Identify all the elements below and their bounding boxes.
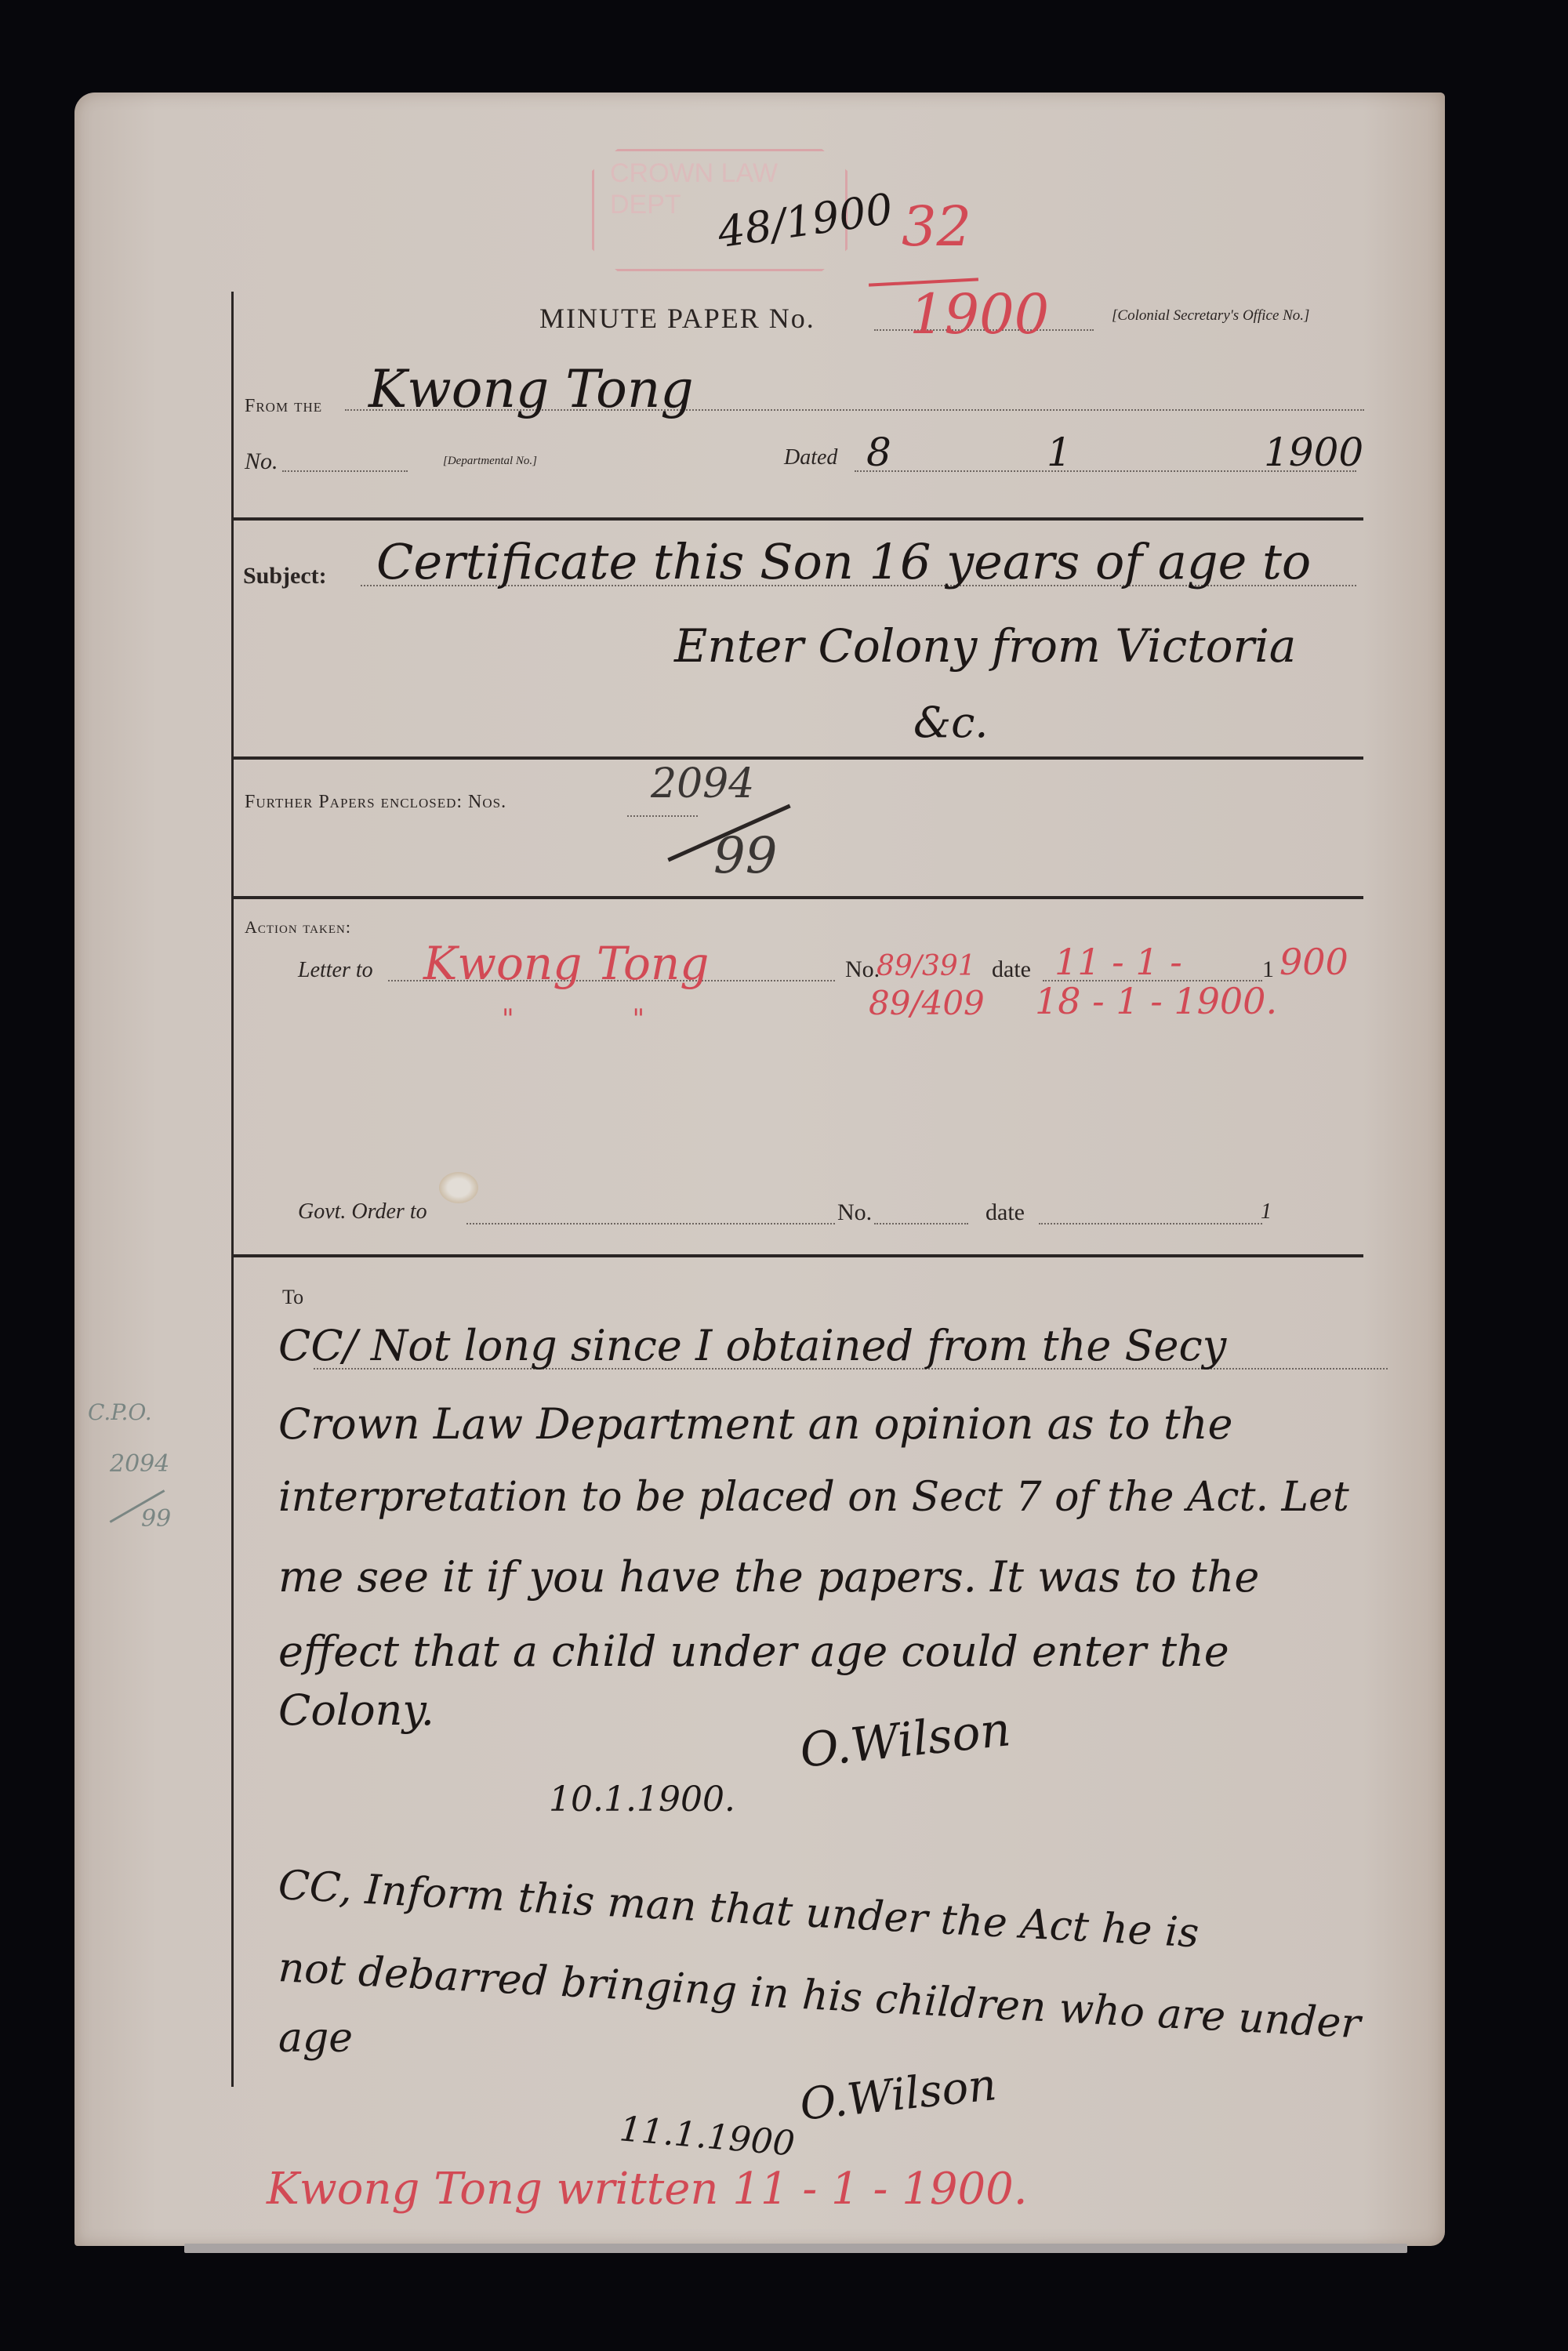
- minute-1-line-4: me see it if you have the papers. It was…: [278, 1552, 1259, 1602]
- further-papers-top: 2094: [651, 760, 754, 807]
- letter-date-label: date: [992, 956, 1031, 983]
- departmental-label: [Departmental No.]: [443, 455, 537, 468]
- to-label: To: [282, 1286, 303, 1309]
- letter-ditto-marks: " ": [502, 1003, 644, 1035]
- section-divider: [232, 1254, 1363, 1257]
- minute-1-line-5: effect that a child under age could ente…: [278, 1627, 1229, 1676]
- dated-label: Dated: [784, 445, 837, 470]
- dotted-line: [282, 470, 408, 472]
- section-divider: [232, 517, 1363, 521]
- dated-day: 8: [866, 430, 891, 475]
- letter-date-1: 11 - 1 -: [1054, 941, 1182, 983]
- colonial-secretary-label: [Colonial Secretary's Office No.]: [1112, 307, 1309, 325]
- minute-1-date: 10.1.1900.: [549, 1780, 735, 1819]
- action-taken-label: Action taken:: [245, 917, 351, 938]
- no-label: No.: [245, 448, 278, 475]
- water-stain: [439, 1172, 478, 1203]
- from-label: From the: [245, 396, 322, 417]
- minute-1-line-1: CC/ Not long since I obtained from the S…: [278, 1321, 1226, 1370]
- letter-no-2: 89/409: [869, 984, 985, 1022]
- dated-month: 1: [1047, 430, 1072, 475]
- section-divider: [232, 896, 1363, 899]
- subject-line-1: Certificate this Son 16 years of age to: [376, 533, 1311, 590]
- subject-line-3: &c.: [913, 698, 988, 747]
- dotted-line: [1039, 1223, 1262, 1224]
- letter-no-label: No.: [845, 956, 880, 983]
- letter-year-prefix: 1: [1262, 956, 1274, 983]
- letter-date-2: 18 - 1 - 1900.: [1035, 980, 1277, 1022]
- letter-year-1: 900: [1279, 941, 1348, 983]
- margin-note-line-2: 2094: [110, 1450, 169, 1478]
- minute-1-line-6: Colony.: [278, 1685, 434, 1735]
- minute-number-top: 32: [902, 194, 971, 259]
- further-papers-bottom: 99: [713, 827, 777, 885]
- left-margin-rule: [231, 292, 234, 2087]
- further-papers-label: Further Papers enclosed: Nos.: [245, 792, 506, 813]
- govt-date-label: date: [985, 1199, 1025, 1226]
- letter-no-1: 89/391: [877, 950, 976, 982]
- dated-year: 1900: [1264, 430, 1363, 475]
- letter-to-label: Letter to: [298, 958, 373, 983]
- section-divider: [232, 756, 1363, 760]
- from-value: Kwong Tong: [368, 359, 694, 419]
- dotted-line: [466, 1223, 835, 1224]
- subject-line-2: Enter Colony from Victoria: [674, 619, 1296, 673]
- govt-order-label: Govt. Order to: [298, 1199, 427, 1224]
- govt-no-label: No.: [837, 1199, 872, 1226]
- minute-number-bottom: 1900: [909, 282, 1049, 346]
- dotted-line: [874, 1223, 968, 1224]
- minute-1-line-2: Crown Law Department an opinion as to th…: [278, 1399, 1232, 1449]
- minute-2-line-3: age: [278, 2015, 353, 2062]
- govt-year-prefix: 1: [1261, 1199, 1272, 1224]
- letter-to-value: Kwong Tong: [423, 937, 709, 990]
- underlying-sheet-edge: [184, 2244, 1407, 2253]
- subject-label: Subject:: [243, 563, 327, 590]
- margin-note-line-1: C.P.O.: [88, 1399, 152, 1425]
- footer-note: Kwong Tong written 11 - 1 - 1900.: [267, 2164, 1028, 2215]
- margin-note-line-3: 99: [141, 1505, 171, 1533]
- minute-1-line-3: interpretation to be placed on Sect 7 of…: [278, 1474, 1349, 1521]
- minute-paper-label: MINUTE PAPER No.: [539, 302, 815, 335]
- dotted-line: [627, 815, 698, 817]
